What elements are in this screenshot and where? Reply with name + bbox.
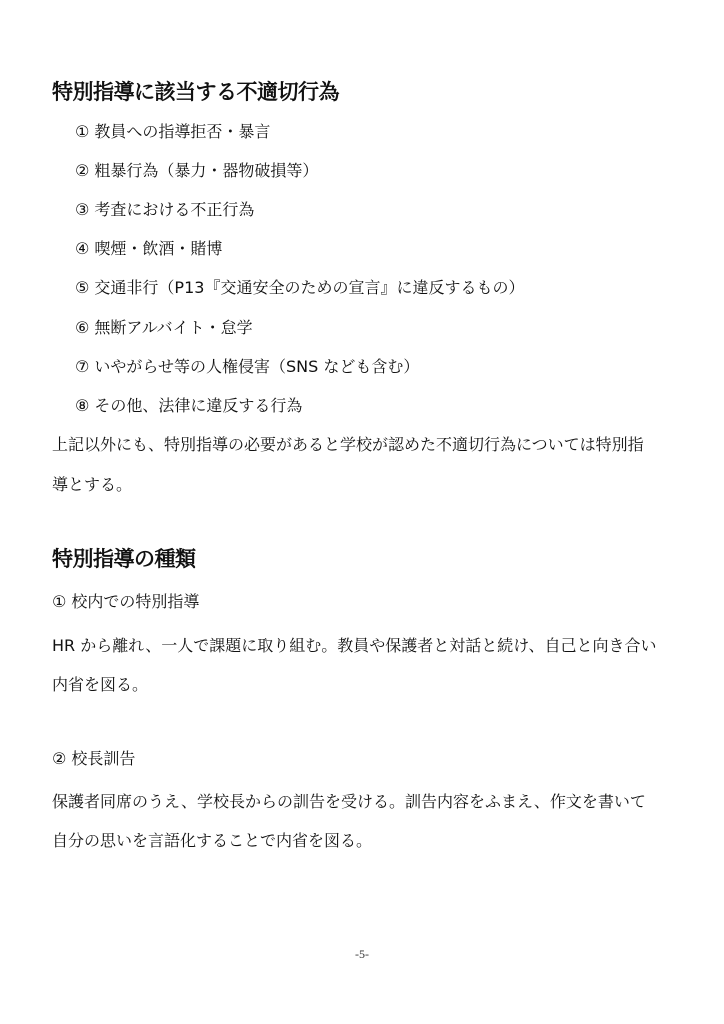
list-item: ⑤ 交通非行（P13『交通安全のための宣言』に違反するもの） <box>75 275 524 298</box>
page-number: -5- <box>0 947 724 962</box>
type-description-line: 自分の思いを言語化することで内省を図る。 <box>52 828 372 851</box>
type-description-line: 内省を図る。 <box>52 672 148 695</box>
list-item: ⑥ 無断アルバイト・怠学 <box>75 315 253 338</box>
list-item: ④ 喫煙・飲酒・賭博 <box>75 236 222 259</box>
note-paragraph-line: 導とする。 <box>52 472 132 495</box>
type-description-line: 保護者同席のうえ、学校長からの訓告を受ける。訓告内容をふまえ、作文を書いて <box>52 789 646 812</box>
list-item: ② 粗暴行為（暴力・器物破損等） <box>75 158 318 181</box>
heading-guidance-types: 特別指導の種類 <box>52 543 196 573</box>
note-paragraph-line: 上記以外にも、特別指導の必要があると学校が認めた不適切行為については特別指 <box>52 432 644 455</box>
list-item: ③ 考査における不正行為 <box>75 197 254 220</box>
type-label: ② 校長訓告 <box>52 746 135 769</box>
type-description-line: HR から離れ、一人で課題に取り組む。教員や保護者と対話と続け、自己と向き合い <box>52 633 657 656</box>
heading-inappropriate-acts: 特別指導に該当する不適切行為 <box>52 76 339 106</box>
list-item: ⑧ その他、法律に違反する行為 <box>75 393 302 416</box>
list-item: ⑦ いやがらせ等の人権侵害（SNS なども含む） <box>75 354 419 377</box>
list-item: ① 教員への指導拒否・暴言 <box>75 119 270 142</box>
type-label: ① 校内での特別指導 <box>52 589 199 612</box>
